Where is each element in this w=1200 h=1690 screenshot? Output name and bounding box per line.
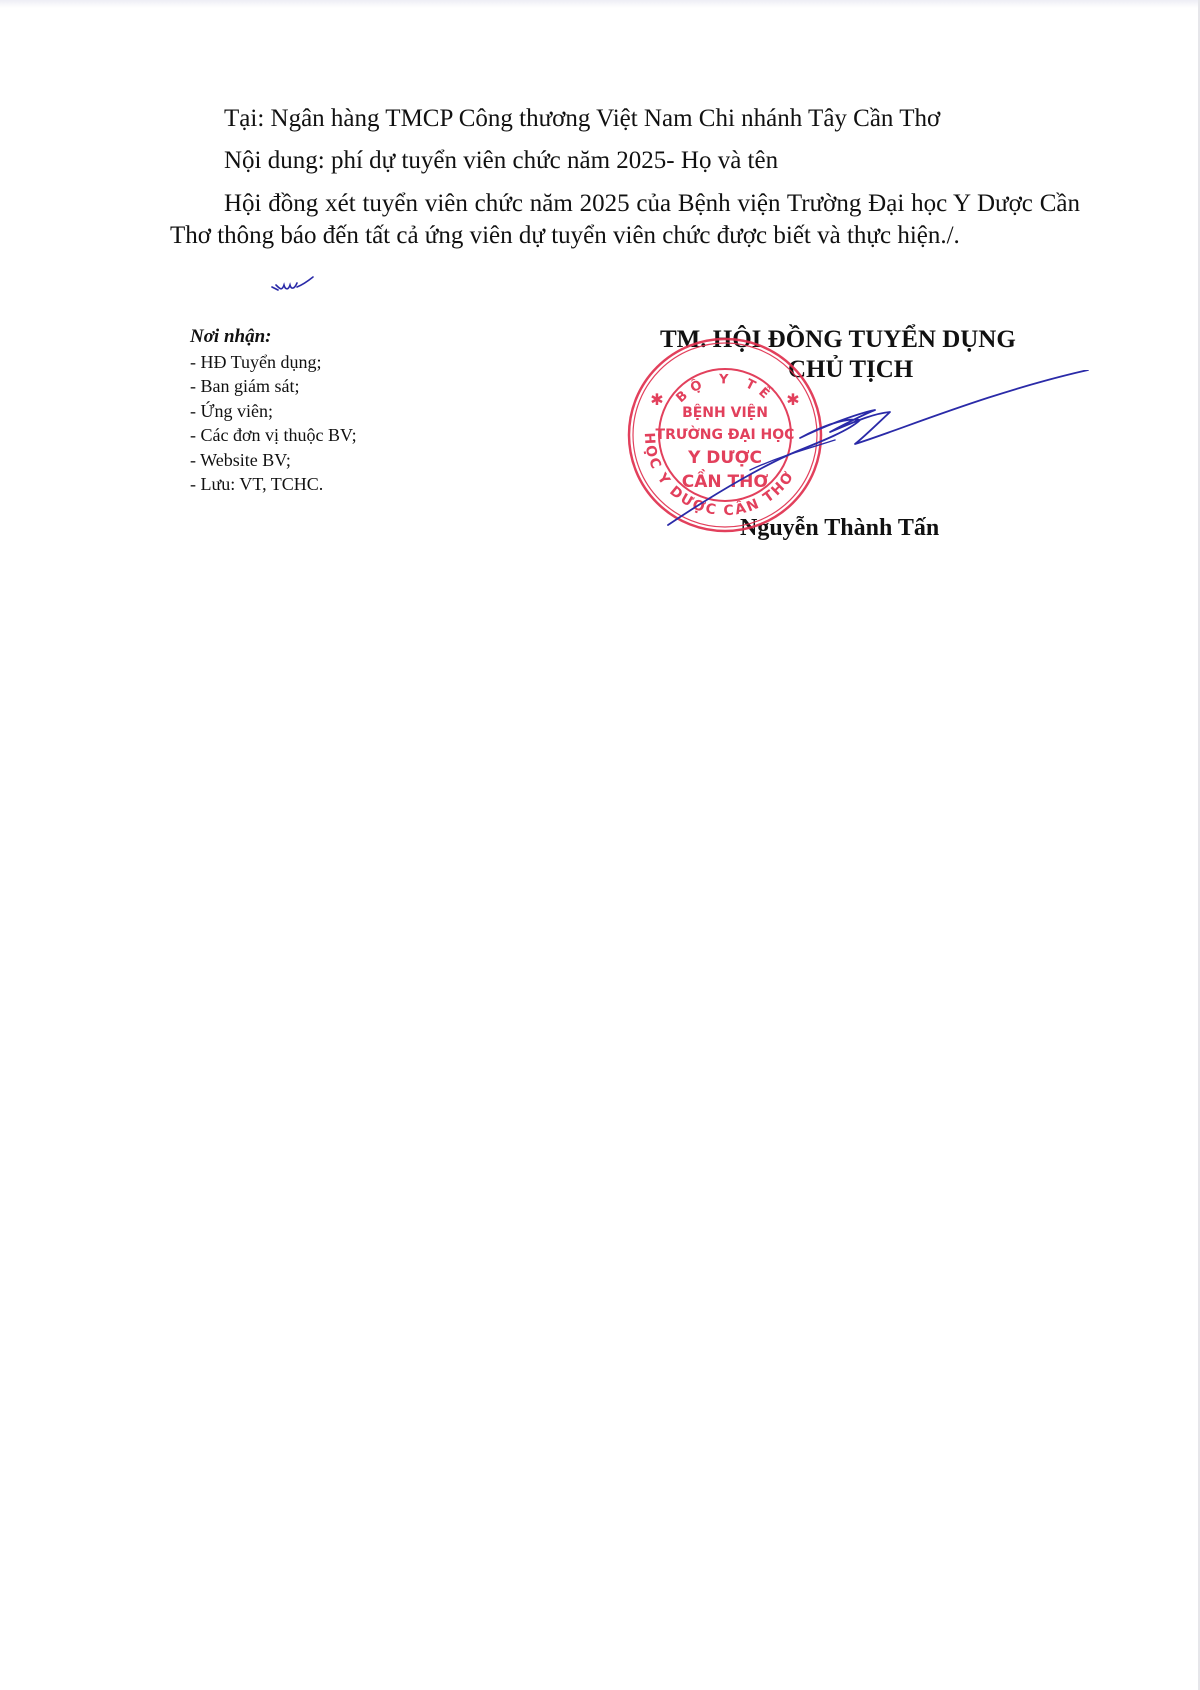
- initials-mark-icon: [270, 275, 314, 295]
- recipient-item: - Ban giám sát;: [190, 374, 357, 399]
- recipients-list: - HĐ Tuyển dụng; - Ban giám sát; - Ứng v…: [190, 350, 357, 497]
- recipient-item: - Lưu: VT, TCHC.: [190, 472, 357, 497]
- recipient-item: - Website BV;: [190, 448, 357, 473]
- recipient-item: - Các đơn vị thuộc BV;: [190, 423, 357, 448]
- payment-content-paragraph: Nội dung: phí dự tuyển viên chức năm 202…: [170, 146, 1080, 176]
- recipient-item: - Ứng viên;: [190, 399, 357, 424]
- document-page: Tại: Ngân hàng TMCP Công thương Việt Nam…: [0, 0, 1200, 1690]
- document-body: Tại: Ngân hàng TMCP Công thương Việt Nam…: [170, 104, 1080, 252]
- scan-edge-top: [0, 0, 1200, 8]
- recipient-item: - HĐ Tuyển dụng;: [190, 350, 357, 375]
- announcement-paragraph: Hội đồng xét tuyển viên chức năm 2025 củ…: [170, 188, 1080, 252]
- recipients-title: Nơi nhận:: [190, 325, 357, 350]
- recipients-block: Nơi nhận: - HĐ Tuyển dụng; - Ban giám sá…: [190, 325, 357, 497]
- payment-location-paragraph: Tại: Ngân hàng TMCP Công thương Việt Nam…: [170, 104, 1080, 134]
- handwritten-signature-icon: [660, 370, 1090, 530]
